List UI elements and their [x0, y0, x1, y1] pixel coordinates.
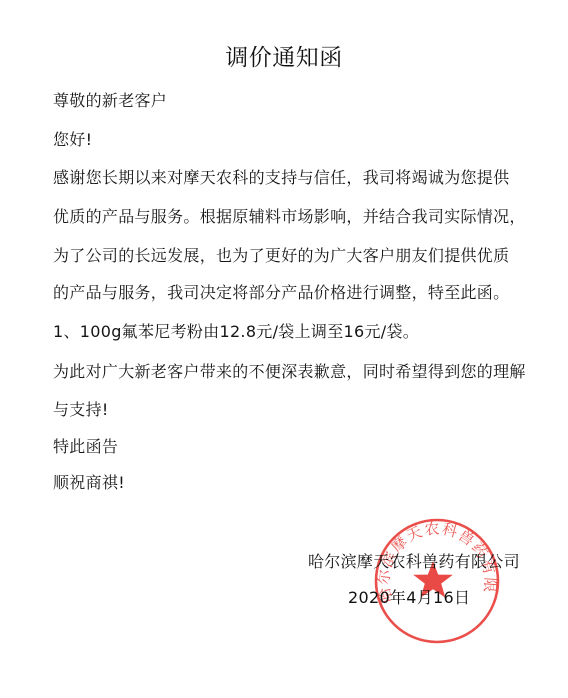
signature-date: 2020年4月16日: [348, 588, 470, 608]
body-line-2: 优质的产品与服务。根据原辅料市场影响，并结合我司实际情况，: [53, 207, 526, 227]
body-line-1: 感谢您长期以来对摩天农科的支持与信任，我司将竭诚为您提供: [53, 168, 509, 188]
letter-title: 调价通知函: [0, 44, 568, 72]
signature-company: 哈尔滨摩天农科兽药有限公司: [308, 552, 520, 572]
closing: 特此函告: [53, 437, 118, 457]
company-seal-stamp: 哈尔滨摩天农科兽药有限公司: [373, 517, 501, 645]
greeting: 您好!: [53, 130, 92, 150]
apology-line-1: 为此对广大新老客户带来的不便深表歉意，同时希望得到您的理解: [53, 362, 526, 382]
price-item-text: 100g氟苯尼考粉由12.8元/袋上调至16元/袋。: [80, 322, 419, 341]
salutation: 尊敬的新老客户: [53, 91, 167, 111]
wishes: 顺祝商祺!: [53, 473, 125, 493]
price-item-1: 1、100g氟苯尼考粉由12.8元/袋上调至16元/袋。: [53, 322, 419, 342]
body-line-4: 的产品与服务，我司决定将部分产品价格进行调整，特至此函。: [53, 283, 509, 303]
price-item-index: 1、: [53, 322, 80, 341]
apology-line-2: 与支持!: [53, 400, 109, 420]
body-line-3: 为了公司的长远发展，也为了更好的为广大客户朋友们提供优质: [53, 246, 509, 266]
